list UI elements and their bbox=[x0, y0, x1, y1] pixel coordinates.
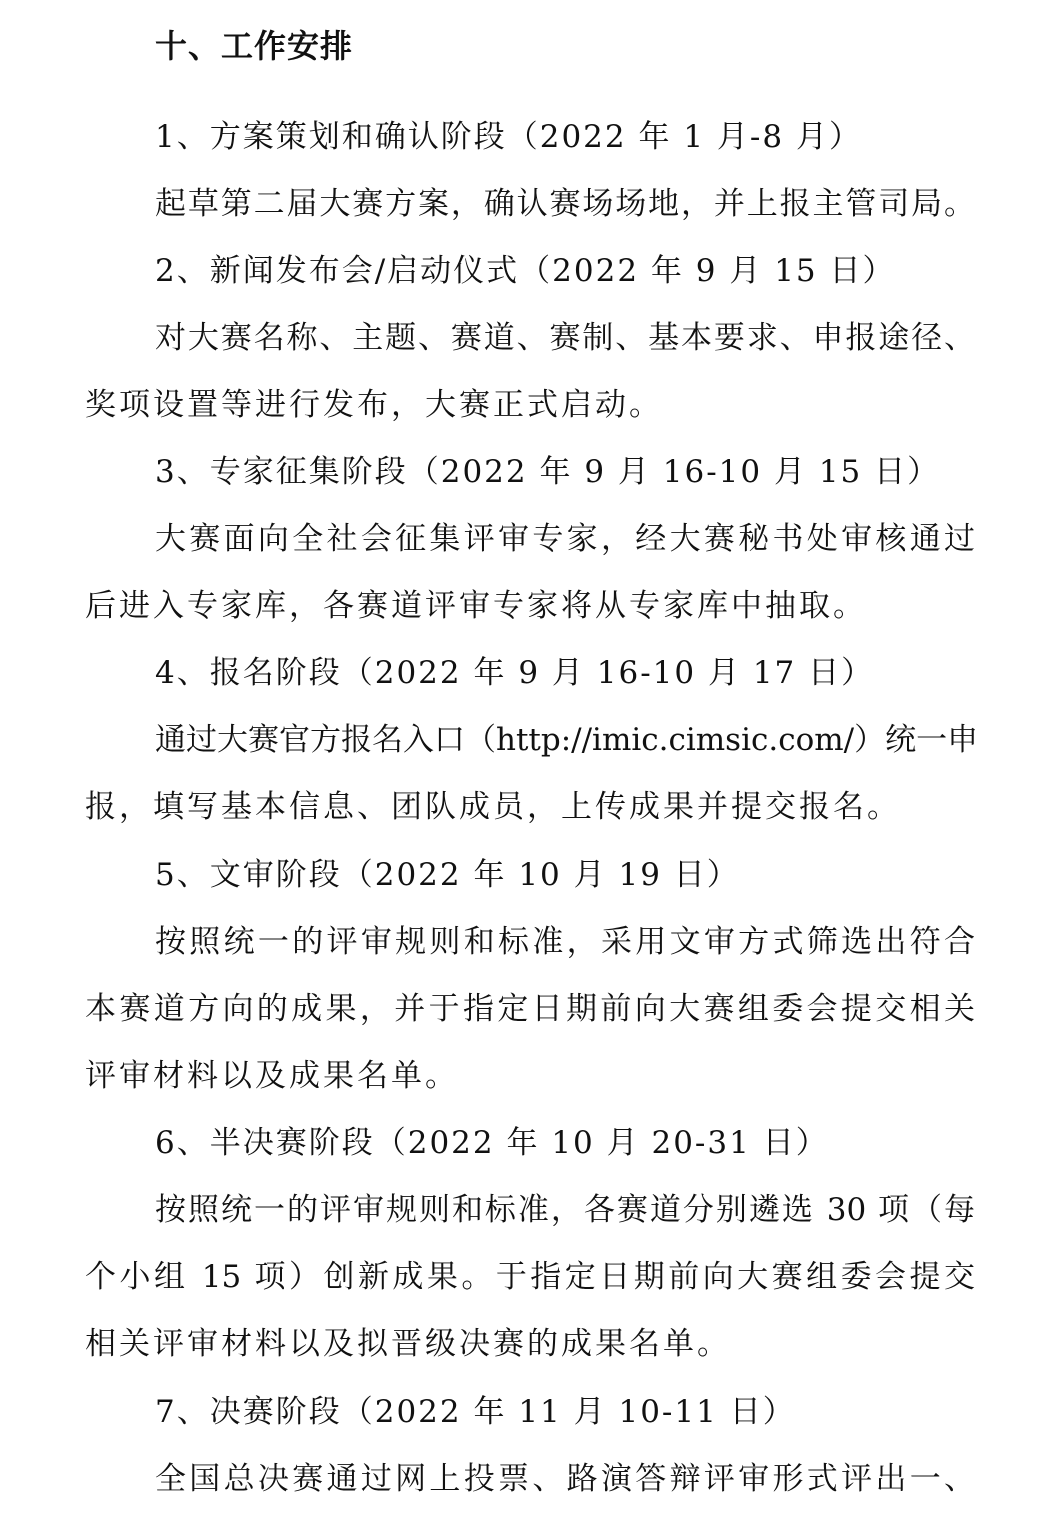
item-body-line: 报，填写基本信息、团队成员，上传成果并提交报名。 bbox=[85, 785, 901, 829]
item-title-2: 2、新闻发布会/启动仪式（2022 年 9 月 15 日） bbox=[155, 249, 896, 293]
item-title-4: 4、报名阶段（2022 年 9 月 16-10 月 17 日） bbox=[155, 651, 874, 695]
item-body-line: 大赛面向全社会征集评审专家，经大赛秘书处审核通过 bbox=[155, 517, 975, 561]
item-body-line: 奖项设置等进行发布，大赛正式启动。 bbox=[85, 383, 663, 427]
item-body-line-with-link: 通过大赛官方报名入口（http://imic.cimsic.com/）统一申 bbox=[155, 718, 975, 762]
document-page: 十、工作安排 1、方案策划和确认阶段（2022 年 1 月-8 月） 起草第二届… bbox=[0, 0, 1060, 1519]
item-body-line: 本赛道方向的成果，并于指定日期前向大赛组委会提交相关 bbox=[85, 987, 975, 1031]
item-body-line: 后进入专家库，各赛道评审专家将从专家库中抽取。 bbox=[85, 584, 867, 628]
item-body-line: 对大赛名称、主题、赛道、赛制、基本要求、申报途径、 bbox=[155, 316, 975, 360]
item-title-6: 6、半决赛阶段（2022 年 10 月 20-31 日） bbox=[155, 1121, 829, 1165]
item-title-1: 1、方案策划和确认阶段（2022 年 1 月-8 月） bbox=[155, 115, 862, 159]
item-title-5: 5、文审阶段（2022 年 10 月 19 日） bbox=[155, 853, 740, 897]
item-body-line: 按照统一的评审规则和标准，采用文审方式筛选出符合 bbox=[155, 920, 975, 964]
item-body-line: 评审材料以及成果名单。 bbox=[85, 1054, 459, 1098]
item-title-3: 3、专家征集阶段（2022 年 9 月 16-10 月 15 日） bbox=[155, 450, 940, 494]
item-body-line: 全国总决赛通过网上投票、路演答辩评审形式评出一、 bbox=[155, 1457, 975, 1501]
item-body-line: 按照统一的评审规则和标准，各赛道分别遴选 30 项（每 bbox=[155, 1188, 975, 1232]
item-body-line: 相关评审材料以及拟晋级决赛的成果名单。 bbox=[85, 1322, 731, 1366]
item-body-line: 起草第二届大赛方案，确认赛场场地，并上报主管司局。 bbox=[155, 182, 975, 226]
item-body-line: 个小组 15 项）创新成果。于指定日期前向大赛组委会提交 bbox=[85, 1255, 975, 1299]
item-title-7: 7、决赛阶段（2022 年 11 月 10-11 日） bbox=[155, 1390, 796, 1434]
section-heading: 十、工作安排 bbox=[155, 24, 353, 68]
